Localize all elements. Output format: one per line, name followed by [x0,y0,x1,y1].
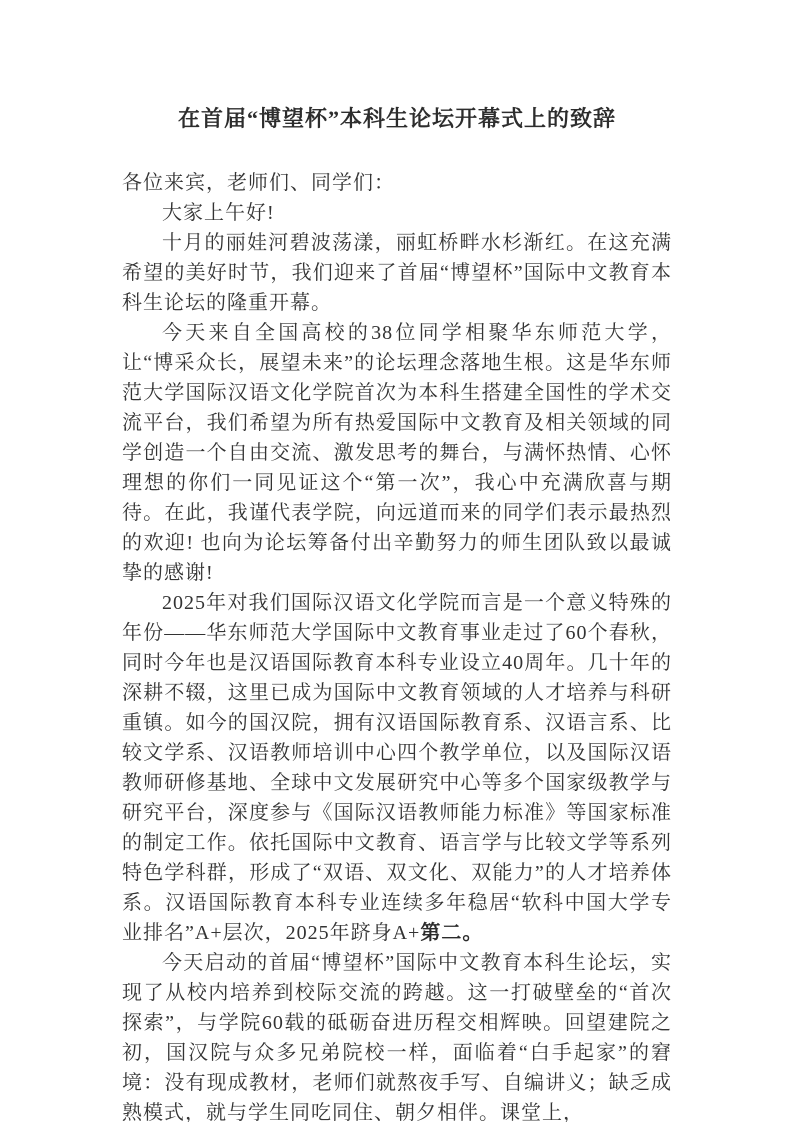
paragraph: 十月的丽娃河碧波荡漾，丽虹桥畔水杉渐红。在这充满希望的美好时节，我们迎来了首届“… [122,228,672,318]
text-run: 今天启动的首届“博望杯”国际中文教育本科生论坛，实现了从校内培养到校际交流的跨越… [122,952,672,1122]
text-run: 今天来自全国高校的38位同学相聚华东师范大学，让“博采众长，展望未来”的论坛理念… [122,322,672,584]
text-run: 大家上午好! [162,202,275,224]
document-page: 在首届“博望杯”本科生论坛开幕式上的致辞 各位来宾，老师们、同学们：大家上午好!… [0,0,793,1122]
paragraph: 各位来宾，老师们、同学们： [122,168,672,198]
text-run: 十月的丽娃河碧波荡漾，丽虹桥畔水杉渐红。在这充满希望的美好时节，我们迎来了首届“… [122,232,672,314]
text-run: 各位来宾，老师们、同学们： [122,172,395,194]
paragraph: 今天来自全国高校的38位同学相聚华东师范大学，让“博采众长，展望未来”的论坛理念… [122,318,672,588]
paragraph: 今天启动的首届“博望杯”国际中文教育本科生论坛，实现了从校内培养到校际交流的跨越… [122,948,672,1122]
paragraph: 2025年对我们国际汉语文化学院而言是一个意义特殊的年份——华东师范大学国际中文… [122,588,672,948]
bold-text-run: 第二。 [420,922,483,944]
document-title: 在首届“博望杯”本科生论坛开幕式上的致辞 [122,104,672,134]
text-run: 2025年对我们国际汉语文化学院而言是一个意义特殊的年份——华东师范大学国际中文… [122,592,672,944]
paragraph: 大家上午好! [122,198,672,228]
document-body: 各位来宾，老师们、同学们：大家上午好!十月的丽娃河碧波荡漾，丽虹桥畔水杉渐红。在… [122,168,672,1122]
